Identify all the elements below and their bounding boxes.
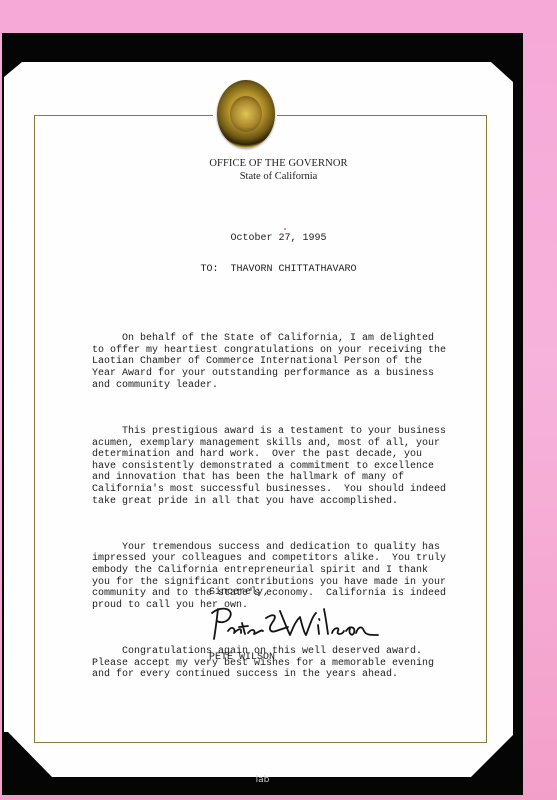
paragraph: Your tremendous success and dedication t… xyxy=(92,542,446,612)
page-number: lab xyxy=(0,775,525,785)
ink-dot xyxy=(284,228,286,230)
letter-recipient: TO: THAVORN CHITTATHAVARO xyxy=(0,264,557,275)
signature-icon xyxy=(208,603,383,643)
letterhead-state: State of California xyxy=(0,171,557,182)
letter-body: On behalf of the State of California, I … xyxy=(92,310,446,704)
state-seal-icon xyxy=(217,80,275,148)
paragraph: On behalf of the State of California, I … xyxy=(92,333,446,391)
letter-date: October 27, 1995 xyxy=(0,233,557,244)
letterhead-office: OFFICE OF THE GOVERNOR xyxy=(0,158,557,169)
signer-name: PETE WILSON xyxy=(209,652,275,663)
letter-closing: Sincerely, xyxy=(209,587,269,598)
paragraph: This prestigious award is a testament to… xyxy=(92,426,446,507)
